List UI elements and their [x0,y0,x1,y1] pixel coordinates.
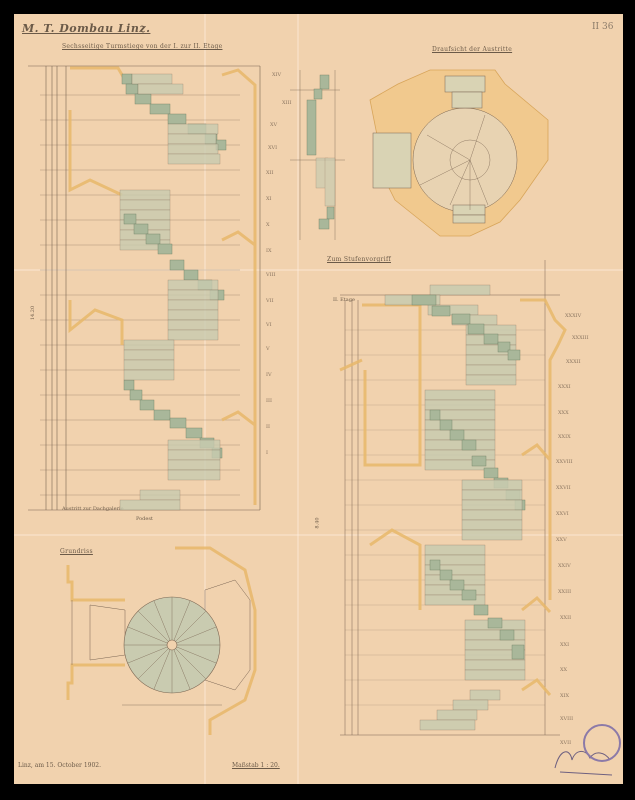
drawing-linework [0,0,635,800]
official-seal [583,724,621,762]
